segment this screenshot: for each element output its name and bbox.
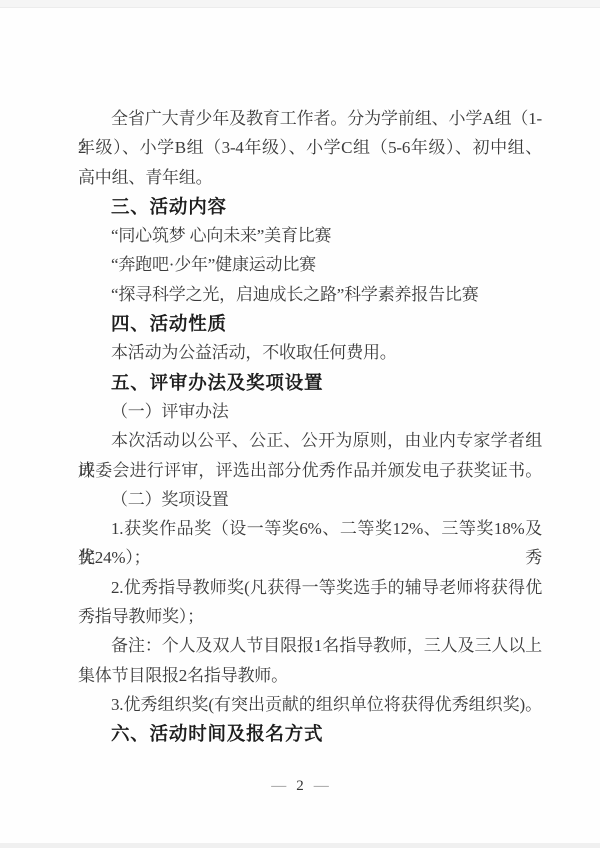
line-note-1: 备注：个人及双人节目限报1名指导教师，三人及三人以上 bbox=[78, 631, 542, 660]
line-contest-sports: “奔跑吧·少年”健康运动比赛 bbox=[78, 250, 542, 279]
line-audience-2: 年级）、小学B组（3-4年级）、小学C组（5-6年级）、初中组、 bbox=[78, 133, 542, 162]
heading-section-3-activity-content: 三、活动内容 bbox=[78, 192, 542, 221]
line-award-teacher-2: 秀指导教师奖）； bbox=[78, 602, 542, 631]
page-number-dash-left: — bbox=[271, 778, 286, 794]
line-contest-science: “探寻科学之光，启迪成长之路”科学素养报告比赛 bbox=[78, 280, 542, 309]
heading-section-6-time-registration: 六、活动时间及报名方式 bbox=[78, 719, 542, 748]
subheading-award-setup: （二）奖项设置 bbox=[78, 485, 542, 514]
page-number-dash-right: — bbox=[314, 778, 329, 794]
line-award-organization: 3.优秀组织奖(有突出贡献的组织单位将获得优秀组织奖)。 bbox=[78, 690, 542, 719]
page-number-value: 2 bbox=[296, 778, 304, 794]
subheading-review-method: （一）评审办法 bbox=[78, 397, 542, 426]
line-award-works-1: 1.获奖作品奖（设一等奖6%、二等奖12%、三等奖18%及优秀 bbox=[78, 514, 542, 543]
page-bottom-edge bbox=[0, 843, 600, 848]
page-number: —2— bbox=[0, 778, 600, 795]
document-page: 全省广大青少年及教育工作者。分为学前组、小学A组（1-2 年级）、小学B组（3-… bbox=[0, 0, 600, 848]
heading-section-5-review-awards: 五、评审办法及奖项设置 bbox=[78, 368, 542, 397]
line-audience-3: 高中组、青年组。 bbox=[78, 163, 542, 192]
line-activity-nature-body: 本活动为公益活动，不收取任何费用。 bbox=[78, 338, 542, 367]
line-contest-art: “同心筑梦 心向未来”美育比赛 bbox=[78, 221, 542, 250]
line-review-method-1: 本次活动以公平、公正、公开为原则，由业内专家学者组成 bbox=[78, 426, 542, 455]
line-audience-1: 全省广大青少年及教育工作者。分为学前组、小学A组（1-2 bbox=[78, 104, 542, 133]
heading-section-4-activity-nature: 四、活动性质 bbox=[78, 309, 542, 338]
line-note-2: 集体节目限报2名指导教师。 bbox=[78, 661, 542, 690]
line-review-method-2: 评委会进行评审，评选出部分优秀作品并颁发电子获奖证书。 bbox=[78, 456, 542, 485]
line-award-teacher-1: 2.优秀指导教师奖(凡获得一等奖选手的辅导老师将获得优 bbox=[78, 573, 542, 602]
page-top-edge bbox=[0, 0, 600, 8]
document-content: 全省广大青少年及教育工作者。分为学前组、小学A组（1-2 年级）、小学B组（3-… bbox=[78, 104, 542, 749]
